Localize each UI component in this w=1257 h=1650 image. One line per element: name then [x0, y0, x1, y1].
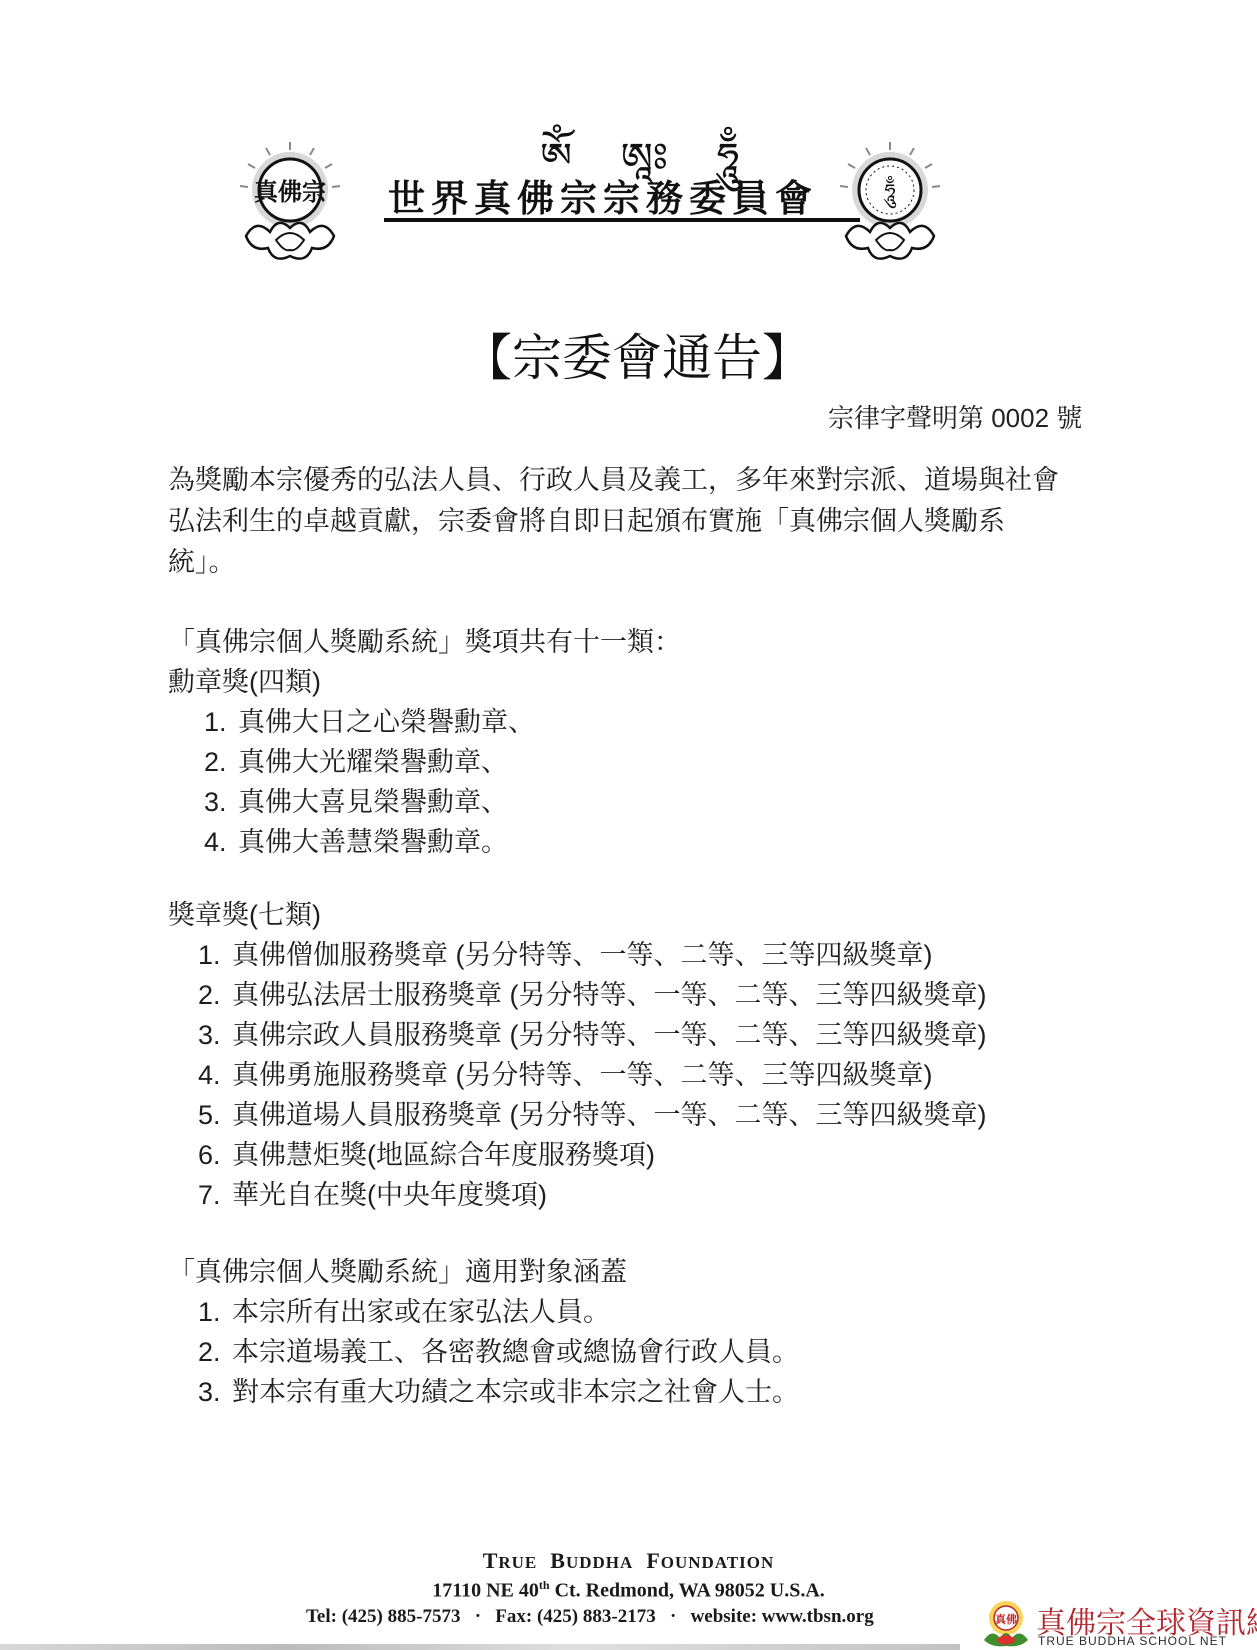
badge-item-5: 5.真佛道場人員服務獎章 (另分特等、一等、二等、三等四級獎章)	[198, 1093, 986, 1132]
svg-text:真佛宗: 真佛宗	[254, 177, 326, 206]
badges-heading: 獎章獎(七類)	[168, 893, 321, 932]
foundation-contact: Tel: (425) 885-7573 · Fax: (425) 883-217…	[306, 1606, 874, 1628]
fax-number: Fax: (425) 883-2173	[495, 1606, 655, 1627]
medal-item-4: 4.真佛大善慧榮譽勳章。	[204, 820, 508, 859]
svg-text:真佛: 真佛	[995, 1612, 1017, 1626]
scan-edge-artifact	[0, 1644, 960, 1650]
badge-item-3: 3.真佛宗政人員服務獎章 (另分特等、一等、二等、三等四級獎章)	[198, 1013, 986, 1052]
tbsn-logo-icon: 真佛	[980, 1600, 1032, 1650]
tbsn-name-english: TRUE BUDDHA SCHOOL NET	[1038, 1634, 1227, 1648]
eligibility-item-2: 2.本宗道場義工、各密教總會或總協會行政人員。	[198, 1330, 799, 1369]
eligibility-item-3: 3.對本宗有重大功績之本宗或非本宗之社會人士。	[198, 1370, 799, 1409]
phone-number: Tel: (425) 885-7573	[306, 1606, 460, 1627]
right-emblem-icon: ཧཱུྃ	[836, 140, 944, 268]
website-link[interactable]: website: www.tbsn.org	[691, 1606, 874, 1627]
medal-item-3: 3.真佛大喜見榮譽勳章、	[204, 780, 508, 819]
badge-item-4: 4.真佛勇施服務獎章 (另分特等、一等、二等、三等四級獎章)	[198, 1053, 932, 1092]
badge-item-1: 1.真佛僧伽服務獎章 (另分特等、一等、二等、三等四級獎章)	[198, 933, 932, 972]
intro-line-2: 弘法利生的卓越貢獻，宗委會將自即日起頒布實施「真佛宗個人獎勵系	[168, 499, 1005, 538]
badge-item-2: 2.真佛弘法居士服務獎章 (另分特等、一等、二等、三等四級獎章)	[198, 973, 986, 1012]
medals-heading: 勳章獎(四類)	[168, 660, 321, 699]
badge-item-7: 7.華光自在獎(中央年度獎項)	[198, 1173, 547, 1212]
eligibility-heading: 「真佛宗個人獎勵系統」適用對象涵蓋	[168, 1250, 627, 1289]
medal-item-1: 1.真佛大日之心榮譽勳章、	[204, 700, 535, 739]
header-rule	[384, 218, 860, 222]
intro-line-3: 統」。	[168, 540, 236, 579]
organization-name: 世界真佛宗宗務委員會	[388, 168, 818, 222]
eligibility-item-1: 1.本宗所有出家或在家弘法人員。	[198, 1290, 610, 1329]
reference-number: 宗律字聲明第 0002 號	[828, 398, 1082, 435]
badge-item-6: 6.真佛慧炬獎(地區綜合年度服務獎項)	[198, 1133, 655, 1172]
left-emblem-icon: 真佛宗	[236, 140, 344, 268]
medal-item-2: 2.真佛大光耀榮譽勳章、	[204, 740, 508, 779]
foundation-name: TRUE BUDDHA FOUNDATION	[0, 1548, 1257, 1574]
awards-summary: 「真佛宗個人獎勵系統」獎項共有十一類：	[168, 620, 681, 659]
intro-line-1: 為獎勵本宗優秀的弘法人員、行政人員及義工，多年來對宗派、道場與社會	[168, 458, 1059, 497]
notice-title: 【宗委會通告】	[462, 318, 812, 390]
